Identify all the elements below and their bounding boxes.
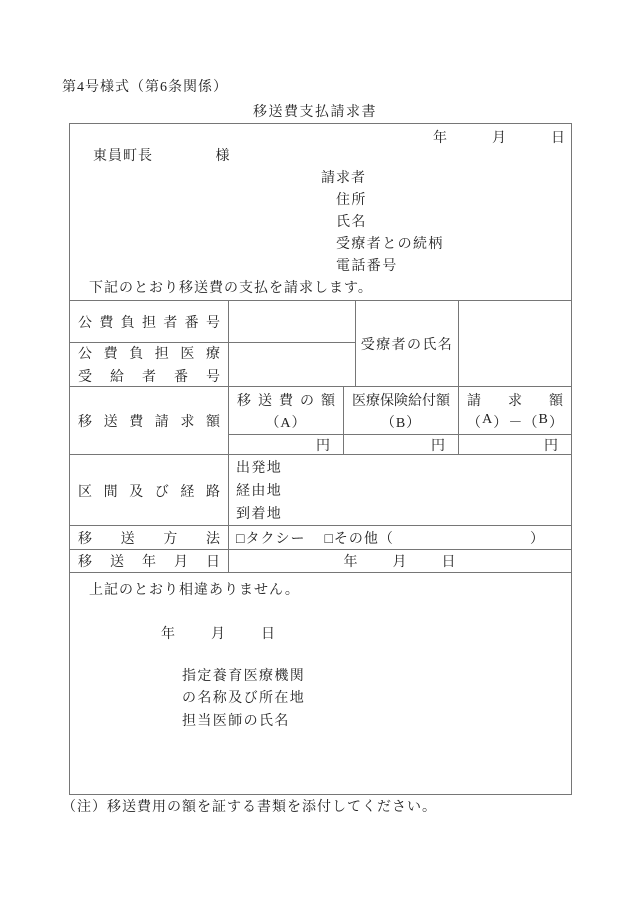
method-options-cell: □タクシー □その他（ ）: [228, 526, 571, 549]
transport-date-label-cell: 移送年月日: [70, 550, 228, 572]
recipient-number-label-cell: 公費負担医療 受給者番号: [70, 342, 228, 386]
year-label: 年: [344, 551, 359, 571]
month-label: 月: [211, 623, 226, 643]
certification-statement: 上記のとおり相違ありません。: [70, 580, 571, 602]
day-label: 日: [551, 127, 566, 147]
claim-amount-label: 移送費請求額: [70, 411, 228, 431]
route-via-label: 経由地: [236, 480, 571, 503]
claimant-field-phone: 電話番号: [70, 256, 571, 278]
patient-name-field: [458, 301, 571, 386]
amount-c-title: 請求額: [459, 390, 571, 410]
other-checkbox-option: □その他（: [324, 528, 393, 548]
addressee-line: 東員町長 様: [70, 146, 571, 168]
method-label: 移送方法: [70, 528, 228, 548]
amount-a-sub: （A）: [229, 412, 343, 432]
route-label: 区間及び経路: [70, 481, 228, 501]
transport-date-label: 移送年月日: [70, 551, 228, 571]
route-arrival-label: 到着地: [236, 503, 571, 526]
claimant-field-relationship: 受療者との続柄: [70, 234, 571, 256]
doctor-name-line: 担当医師の氏名: [182, 711, 571, 733]
route-departure-label: 出発地: [236, 457, 571, 480]
form-number: 第4号様式（第6条関係）: [62, 79, 228, 97]
amount-b-sub: （B）: [344, 412, 458, 432]
transport-date-value-cell: 年 月 日: [228, 550, 571, 572]
attachment-note: （注）移送費用の額を証する書類を添付してください。: [62, 799, 437, 817]
amount-a-title: 移送費の額: [229, 390, 343, 410]
payer-number-label: 公費負担者番号: [70, 312, 228, 332]
page-title: 移送費支払請求書: [0, 104, 630, 122]
claimant-field-address: 住所: [70, 190, 571, 212]
other-option-close-paren: ）: [530, 528, 545, 548]
addressee: 東員町長: [93, 149, 153, 164]
claimant-label: 請求者: [70, 168, 571, 190]
amount-b-yen-unit: 円: [343, 434, 458, 454]
amount-b-title: 医療保険給付額: [344, 390, 458, 410]
request-statement: 下記のとおり移送費の支払を請求します。: [70, 278, 571, 300]
certification-date-line: 年 月 日: [70, 622, 571, 644]
recipient-number-field: [228, 342, 355, 386]
amount-a-yen-unit: 円: [228, 434, 343, 454]
amount-c-header: 請求額 （A）－（B）: [458, 387, 571, 434]
taxi-checkbox-option: □タクシー: [236, 528, 305, 548]
institution-location-line: の名称及び所在地: [182, 688, 571, 710]
honorific-label: 様: [216, 149, 231, 164]
public-expense-section: 公費負担者番号 公費負担医療 受給者番号 受療者の氏名: [70, 300, 571, 386]
amount-a-header: 移送費の額 （A）: [228, 387, 343, 434]
institution-name-line: 指定養育医療機関: [182, 666, 571, 688]
recipient-number-label-line2: 受給者番号: [70, 366, 228, 386]
route-label-cell: 区間及び経路: [70, 455, 228, 527]
method-label-cell: 移送方法: [70, 526, 228, 549]
month-label: 月: [492, 127, 507, 147]
issue-date-line: 年 月 日: [70, 124, 571, 146]
claim-amount-section: 移送費請求額 移送費の額 （A） 医療保険給付額 （B） 請求額 （A）－（B）…: [70, 386, 571, 454]
claimant-field-name: 氏名: [70, 212, 571, 234]
patient-name-label: 受療者の氏名: [355, 301, 458, 386]
amount-c-sub: （A）－（B）: [459, 412, 571, 432]
claim-amount-label-cell: 移送費請求額: [70, 387, 228, 454]
month-label: 月: [393, 551, 408, 571]
year-label: 年: [161, 623, 176, 643]
method-row: 移送方法 □タクシー □その他（ ）: [70, 525, 571, 549]
amount-c-yen-unit: 円: [458, 434, 571, 454]
certification-block: 上記のとおり相違ありません。 年 月 日 指定養育医療機関 の名称及び所在地 担…: [70, 573, 571, 733]
route-row: 区間及び経路 出発地 経由地 到着地: [70, 454, 571, 525]
transport-date-row: 移送年月日 年 月 日: [70, 549, 571, 573]
recipient-number-label-line1: 公費負担医療: [70, 343, 228, 363]
payer-number-label-cell: 公費負担者番号: [70, 301, 228, 342]
document-page: 第4号様式（第6条関係） 移送費支払請求書 年 月 日 東員町長 様 請求者 住…: [0, 0, 630, 903]
day-label: 日: [261, 623, 276, 643]
route-fields-cell: 出発地 経由地 到着地: [228, 455, 571, 527]
year-label: 年: [433, 127, 448, 147]
day-label: 日: [442, 551, 457, 571]
payer-number-field: [228, 301, 355, 342]
form-box: 年 月 日 東員町長 様 請求者 住所 氏名 受療者との続柄 電話番号 下記のと…: [69, 123, 572, 795]
amount-b-header: 医療保険給付額 （B）: [343, 387, 458, 434]
institution-block: 指定養育医療機関 の名称及び所在地 担当医師の氏名: [70, 666, 571, 733]
